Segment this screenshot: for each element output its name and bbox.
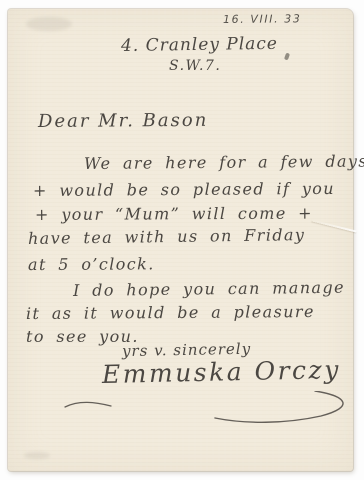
signature-flourish (63, 391, 355, 427)
scan-background: { "colors": { "background": "#fdfdfd", "… (0, 0, 364, 480)
body-line: + would be so pleased if you (33, 179, 335, 200)
body-line: it as it would be a pleasure (26, 302, 315, 323)
paper-crease (311, 219, 356, 232)
address-line-2: S.W.7. (169, 58, 221, 74)
ink-fleck (284, 53, 290, 61)
salutation: Dear Mr. Bason (38, 110, 208, 132)
body-line: We are here for a few days (84, 152, 364, 173)
address-line-1: 4. Cranley Place (121, 34, 278, 56)
body-line: + your “Mum” will come + (35, 204, 313, 224)
letter-date: 16. VIII. 33 (223, 12, 302, 26)
body-line: at 5 o’clock. (28, 254, 155, 274)
letter-paper: 16. VIII. 33 4. Cranley Place S.W.7. Dea… (8, 9, 353, 471)
body-line: have tea with us on Friday (28, 225, 306, 248)
body-line: I do hope you can manage (73, 278, 345, 300)
pencil-smudge-bottom (24, 452, 50, 459)
signature: Emmuska Orczy (102, 355, 341, 389)
pencil-smudge-top (26, 17, 72, 31)
